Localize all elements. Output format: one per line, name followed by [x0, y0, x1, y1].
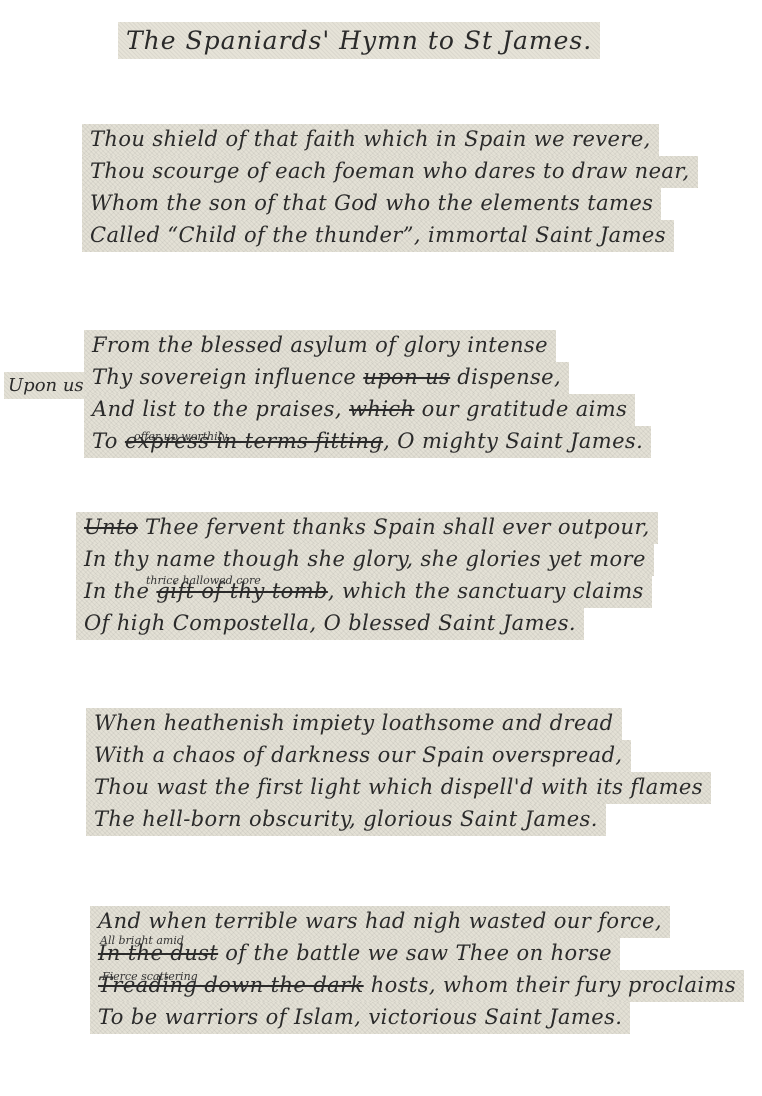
margin-annotation: Upon us: [4, 372, 88, 399]
struck-text: which: [349, 397, 415, 421]
verse-line: When heathenish impiety loathsome and dr…: [86, 708, 622, 740]
verse-line: In thy name though she glory, she glorie…: [76, 544, 654, 576]
struck-text: upon us: [363, 365, 450, 389]
stanza-3: Unto Thee fervent thanks Spain shall eve…: [76, 512, 658, 640]
page-title: The Spaniards' Hymn to St James.: [118, 22, 600, 59]
interlinear-insertion: thrice hallowed core: [146, 574, 261, 587]
verse-line: Unto Thee fervent thanks Spain shall eve…: [76, 512, 658, 544]
interlinear-insertion: All bright amid: [100, 934, 184, 947]
verse-line: The hell-born obscurity, glorious Saint …: [86, 804, 606, 836]
verse-line: Of high Compostella, O blessed Saint Jam…: [76, 608, 584, 640]
verse-line: To be warriors of Islam, victorious Sain…: [90, 1002, 630, 1034]
stanza-2: From the blessed asylum of glory intense…: [84, 330, 651, 458]
stanza-5: And when terrible wars had nigh wasted o…: [90, 906, 744, 1034]
stanza-4: When heathenish impiety loathsome and dr…: [86, 708, 711, 836]
verse-line: Thou wast the first light which dispell'…: [86, 772, 711, 804]
verse-line: Whom the son of that God who the element…: [82, 188, 661, 220]
verse-line: Thou shield of that faith which in Spain…: [82, 124, 659, 156]
verse-line: With a chaos of darkness our Spain overs…: [86, 740, 631, 772]
interlinear-insertion: offer up worthily: [134, 430, 227, 443]
verse-line: And list to the praises, which our grati…: [84, 394, 635, 426]
interlinear-insertion: Fierce scattering: [102, 970, 198, 983]
verse-line: Thou scourge of each foeman who dares to…: [82, 156, 698, 188]
struck-text: Unto: [84, 515, 138, 539]
verse-line: Thy sovereign influence upon us dispense…: [84, 362, 569, 394]
verse-line: From the blessed asylum of glory intense: [84, 330, 556, 362]
verse-line: Called “Child of the thunder”, immortal …: [82, 220, 674, 252]
stanza-1: Thou shield of that faith which in Spain…: [82, 124, 698, 252]
